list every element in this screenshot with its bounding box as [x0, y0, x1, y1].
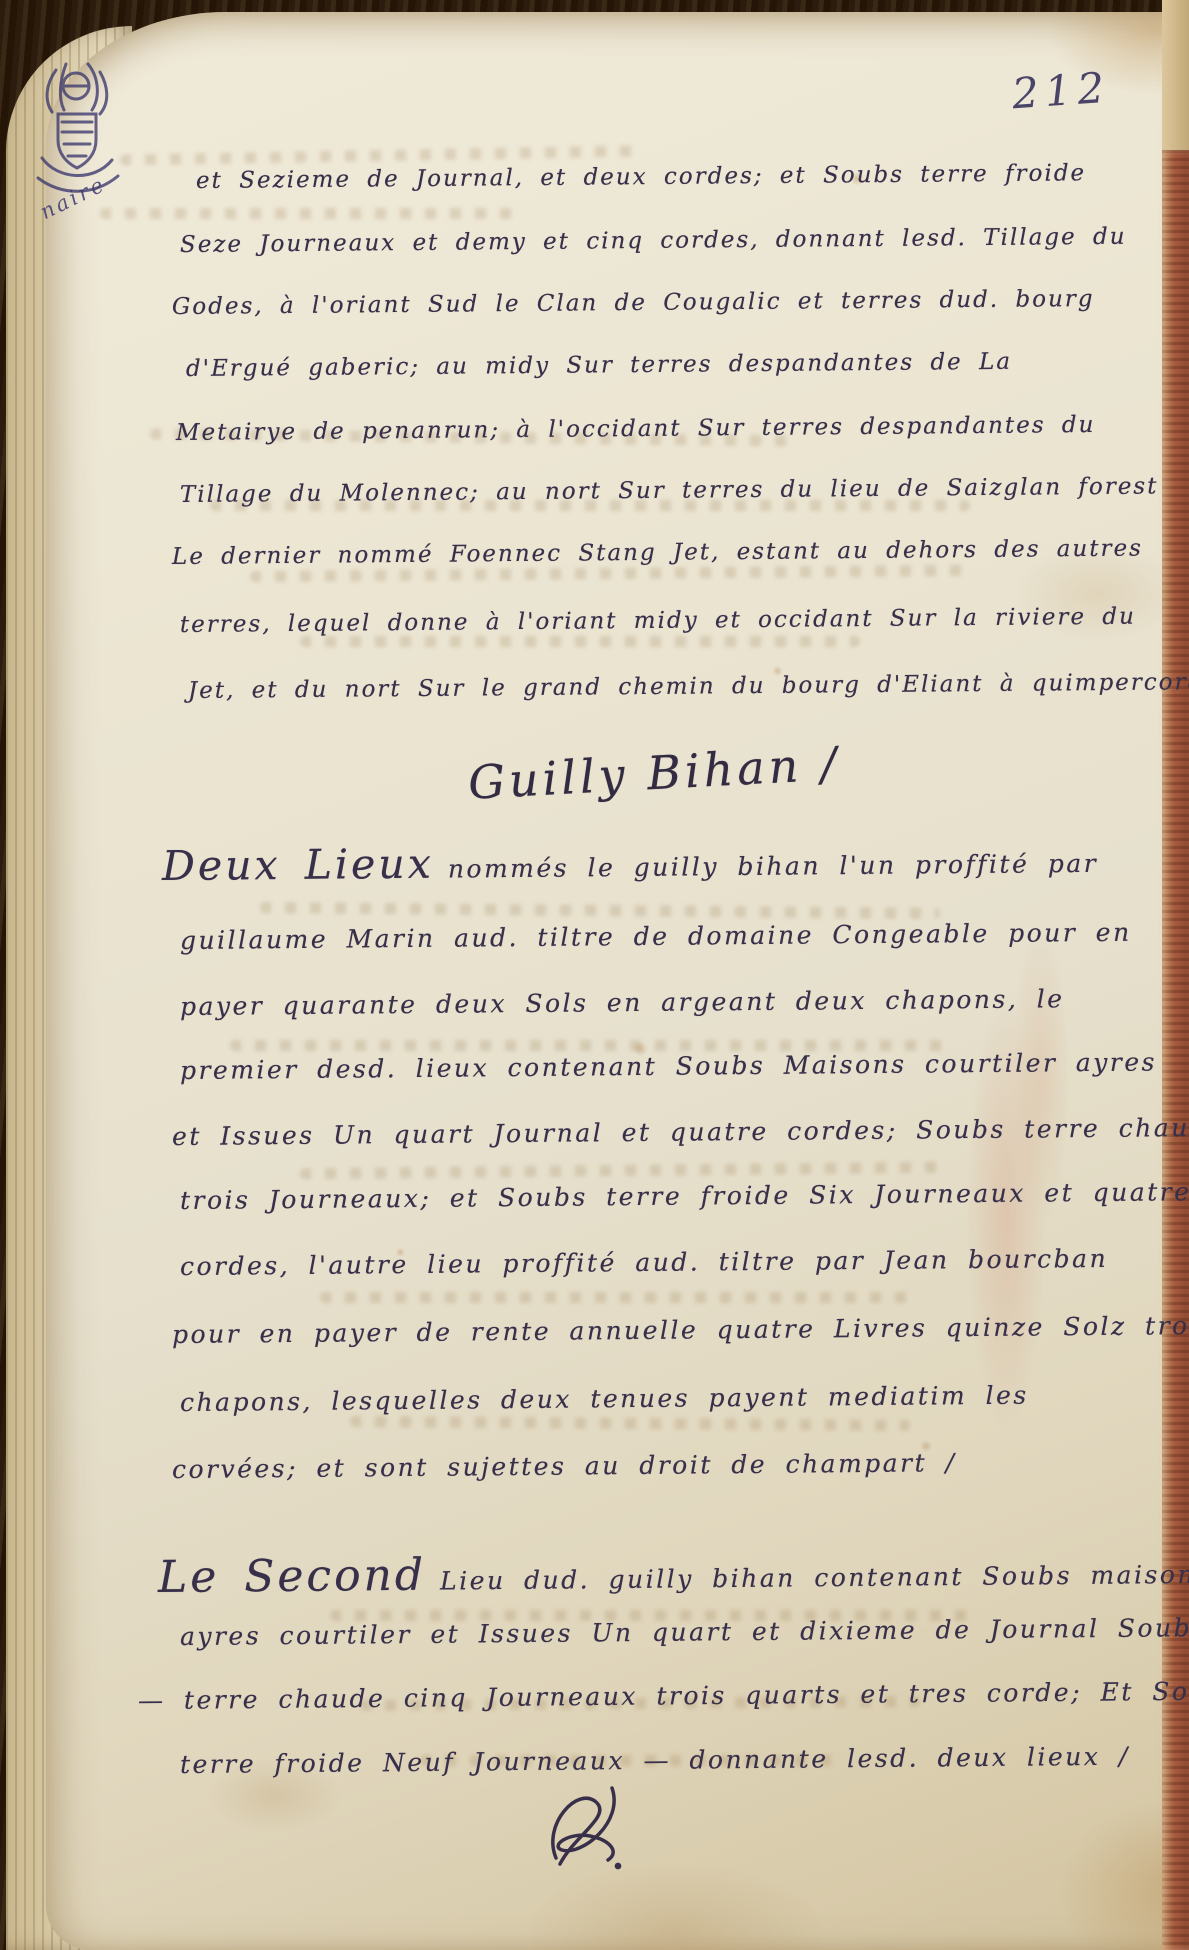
paraph-flourish-icon: [538, 1780, 633, 1875]
page-fore-edge-top: [1162, 0, 1189, 160]
manuscript-line-text: Lieu dud. guilly bihan contenant Soubs m…: [440, 1560, 1189, 1596]
manuscript-line: Le SecondLieu dud. guilly bihan contenan…: [158, 1543, 1189, 1603]
folio-number: 212: [1010, 63, 1111, 119]
manuscript-photo: naire 212 et Sezieme de Journal, et deux…: [0, 0, 1189, 1950]
manuscript-line: Deux Lieuxnommés le guilly bihan l'un pr…: [162, 834, 1098, 890]
manuscript-line-text: nommés le guilly bihan l'un proffité par: [448, 849, 1098, 884]
paragraph-lead: Deux Lieux: [162, 840, 434, 890]
paragraph-lead: Le Second: [158, 1550, 426, 1603]
